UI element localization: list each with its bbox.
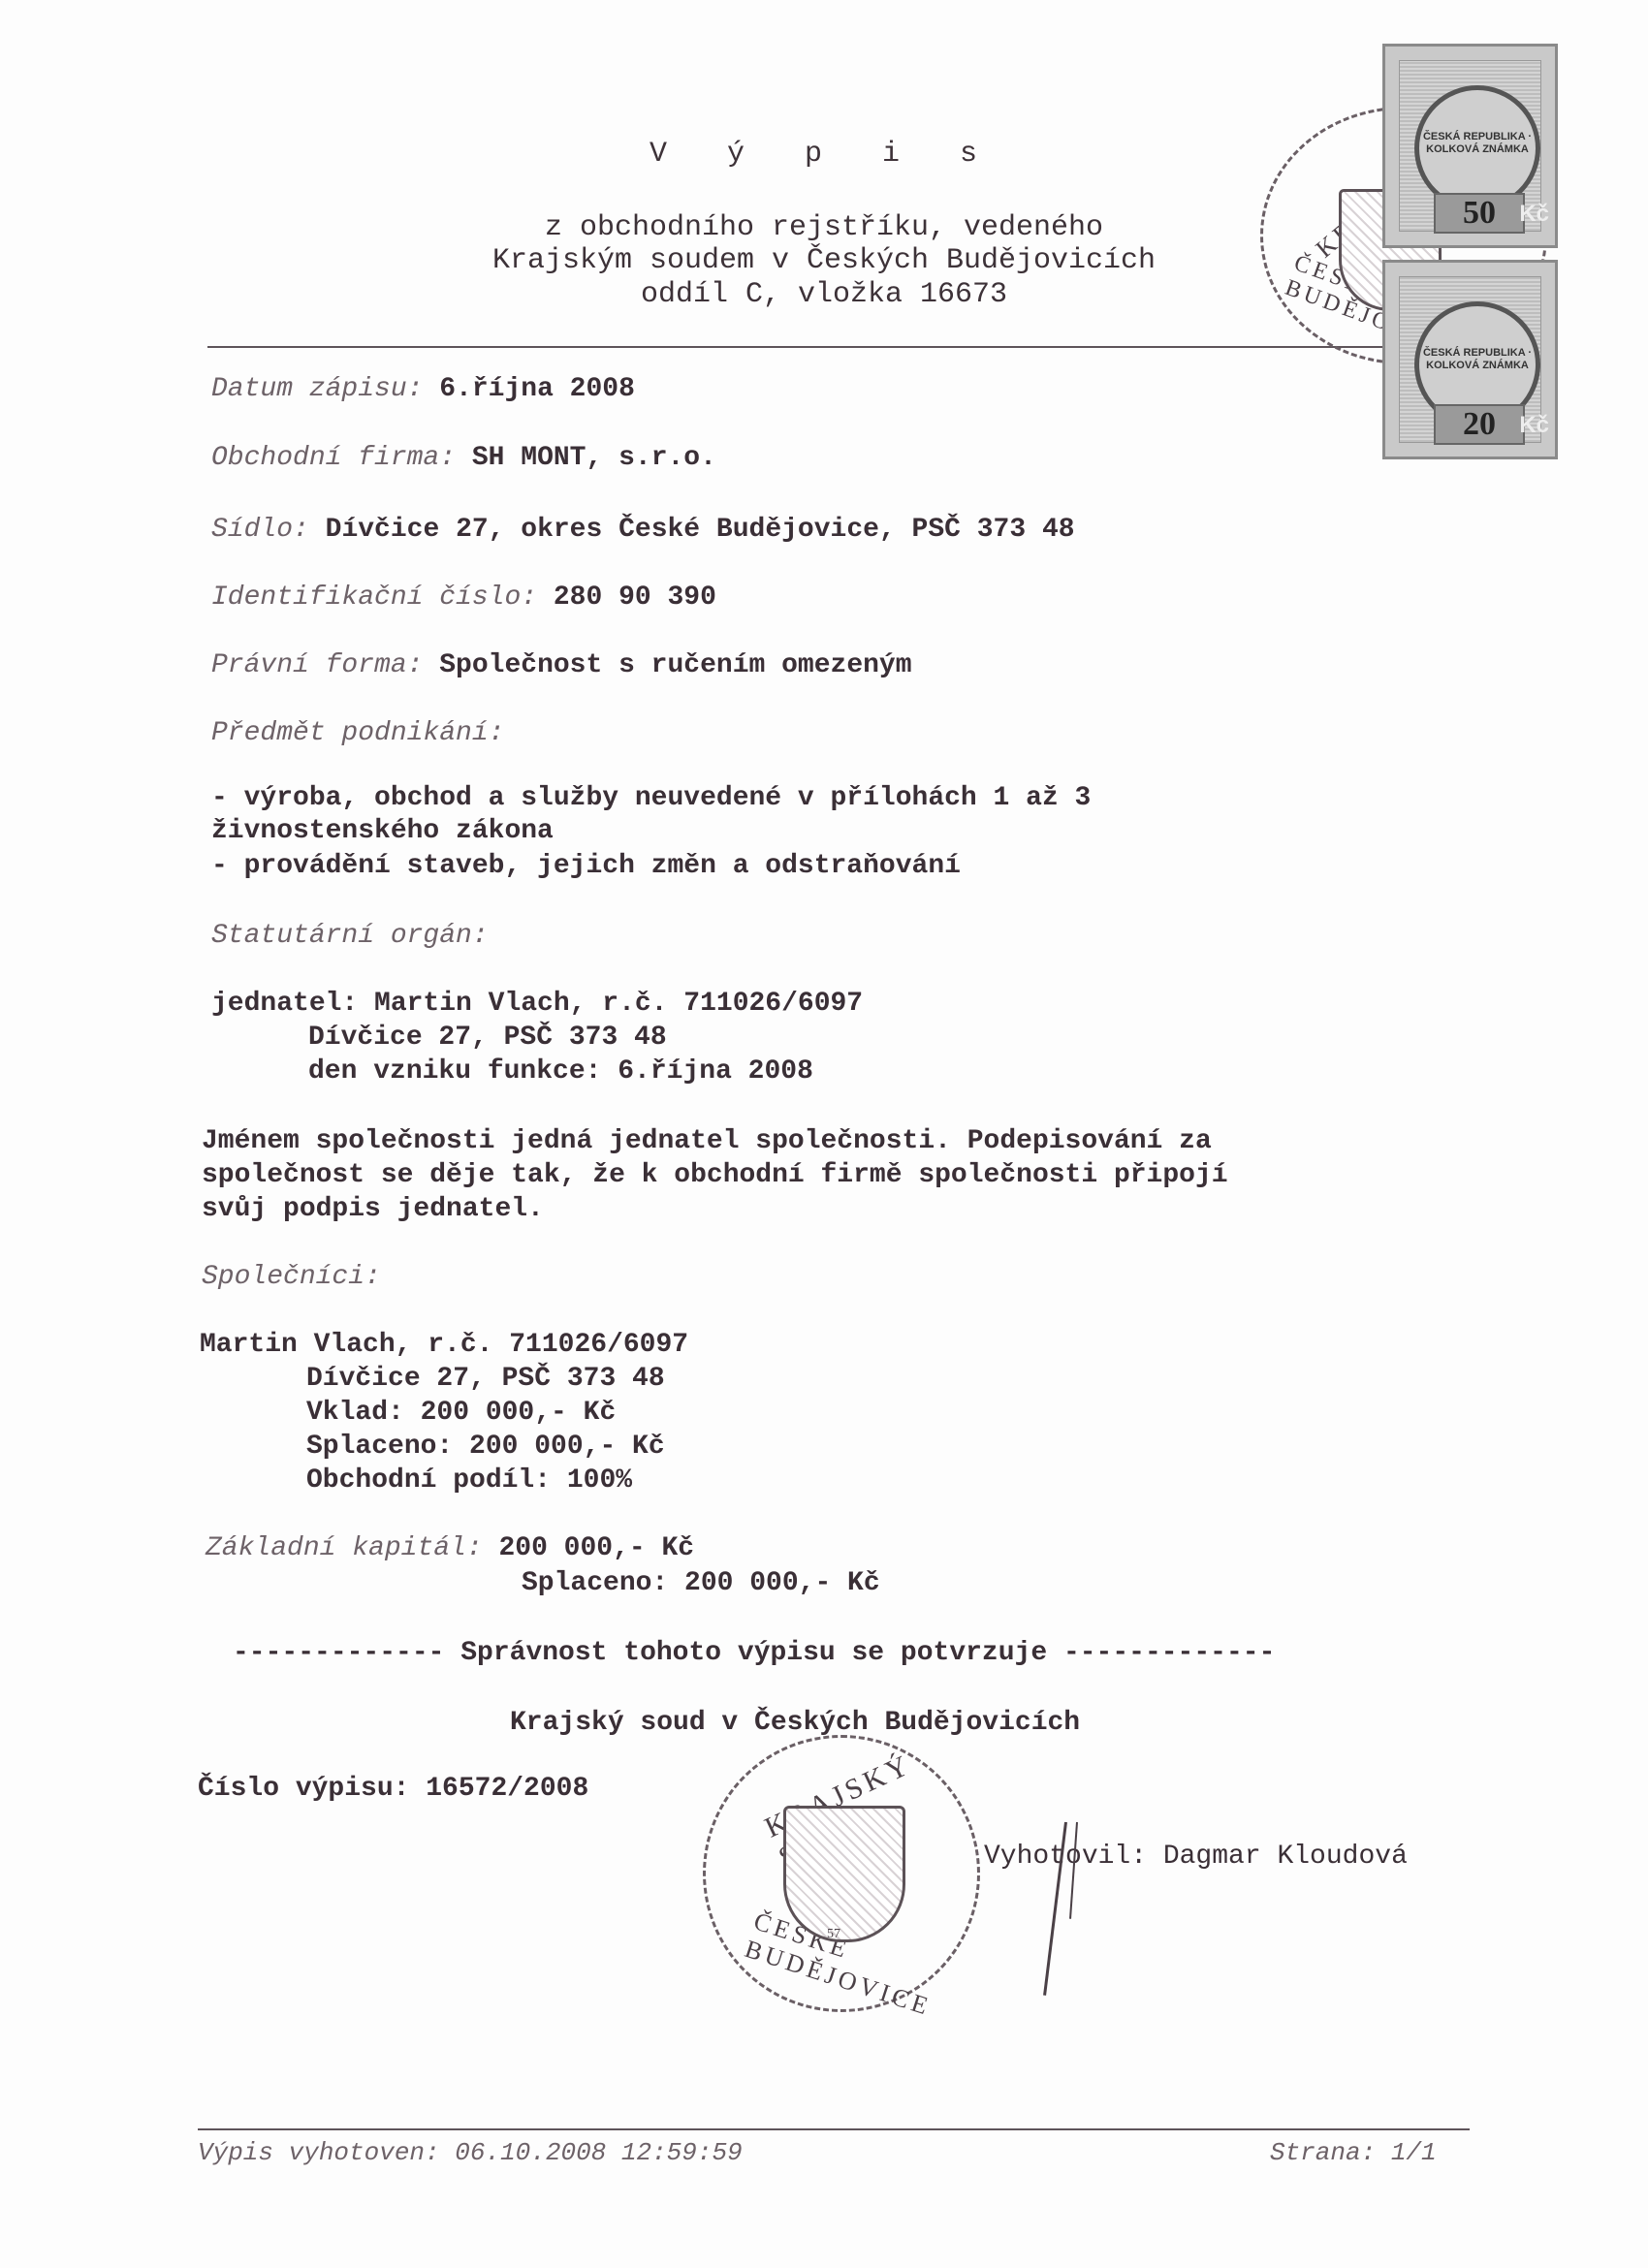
spolecnici-label: Společníci:	[202, 1262, 381, 1292]
field-datum-zapisu: Datum zápisu: 6.října 2008	[211, 374, 635, 404]
spolecnik-address: Dívčice 27, PSČ 373 48	[306, 1364, 665, 1394]
predmet-item: - výroba, obchod a služby neuvedené v př…	[211, 783, 1091, 813]
field-label: Obchodní firma:	[211, 443, 456, 473]
kapital-splaceno: Splaceno: 200 000,- Kč	[522, 1568, 880, 1598]
jednatel-address: Dívčice 27, PSČ 373 48	[308, 1023, 667, 1053]
cislo-vypisu: Číslo výpisu: 16572/2008	[198, 1774, 588, 1804]
revenue-stamp: ČESKÁ REPUBLIKA · KOLKOVÁ ZNÁMKA 50 Kč	[1382, 44, 1558, 248]
spolecnik-name: Martin Vlach, r.č. 711026/6097	[200, 1330, 688, 1360]
jednani-line: společnost se děje tak, že k obchodní fi…	[202, 1160, 1228, 1190]
field-pravni-forma: Právní forma: Společnost s ručením omeze…	[211, 650, 912, 680]
spolecnik-podil: Obchodní podíl: 100%	[306, 1465, 632, 1496]
spolecnik-vklad: Vklad: 200 000,- Kč	[306, 1398, 616, 1428]
jednani-line: Jménem společnosti jedná jednatel společ…	[202, 1126, 1212, 1156]
field-value: SH MONT, s.r.o.	[472, 443, 716, 473]
stamp-value: 20	[1434, 404, 1525, 445]
revenue-stamp: ČESKÁ REPUBLIKA · KOLKOVÁ ZNÁMKA 20 Kč	[1382, 260, 1558, 459]
seal-number: 57	[827, 1927, 840, 1942]
field-sidlo: Sídlo: Dívčice 27, okres České Budějovic…	[211, 515, 1075, 545]
jednatel-line: jednatel: Martin Vlach, r.č. 711026/6097	[211, 989, 863, 1019]
stamp-text: ČESKÁ REPUBLIKA · KOLKOVÁ ZNÁMKA	[1419, 131, 1536, 156]
predmet-label: Předmět podnikání:	[211, 718, 504, 748]
court-name: Krajský soud v Českých Budějovicích	[510, 1708, 1080, 1738]
stamp-currency: Kč	[1519, 201, 1549, 228]
field-label: Identifikační číslo:	[211, 583, 537, 613]
header-rule	[207, 346, 1419, 348]
statutarni-label: Statutární orgán:	[211, 921, 489, 951]
jednatel-funkce: den vzniku funkce: 6.října 2008	[308, 1056, 813, 1087]
coat-of-arms-icon	[783, 1806, 905, 1942]
field-label: Právní forma:	[211, 650, 423, 680]
court-seal: KRAJSKÝ SOUD ČESKÉ BUDĚJOVICE 57	[703, 1735, 980, 2012]
vyhotovil: Vyhotovil: Dagmar Kloudová	[984, 1842, 1408, 1872]
zakladni-kapital: Základní kapitál: 200 000,- Kč	[206, 1533, 694, 1563]
field-label: Sídlo:	[211, 515, 309, 545]
stamp-value: 50	[1434, 193, 1525, 234]
field-value: 280 90 390	[554, 583, 716, 613]
field-ico: Identifikační číslo: 280 90 390	[211, 583, 716, 613]
stamp-currency: Kč	[1519, 412, 1549, 439]
predmet-item: živnostenského zákona	[211, 816, 554, 846]
field-value: Společnost s ručením omezeným	[439, 650, 911, 680]
footer-generated: Výpis vyhotoven: 06.10.2008 12:59:59	[198, 2138, 743, 2167]
footer-rule	[198, 2128, 1470, 2130]
field-value: 200 000,- Kč	[498, 1533, 694, 1563]
certification-line: ------------- Správnost tohoto výpisu se…	[233, 1638, 1275, 1668]
field-label: Základní kapitál:	[206, 1533, 483, 1563]
field-label: Datum zápisu:	[211, 374, 423, 404]
spolecnik-splaceno: Splaceno: 200 000,- Kč	[306, 1432, 665, 1462]
field-value: 6.října 2008	[439, 374, 635, 404]
stamp-text: ČESKÁ REPUBLIKA · KOLKOVÁ ZNÁMKA	[1419, 347, 1536, 372]
field-value: Dívčice 27, okres České Budějovice, PSČ …	[326, 515, 1075, 545]
footer-page: Strana: 1/1	[1270, 2138, 1437, 2167]
predmet-item: - provádění staveb, jejich změn a odstra…	[211, 851, 961, 881]
field-obchodni-firma: Obchodní firma: SH MONT, s.r.o.	[211, 443, 716, 473]
jednani-line: svůj podpis jednatel.	[202, 1194, 544, 1224]
